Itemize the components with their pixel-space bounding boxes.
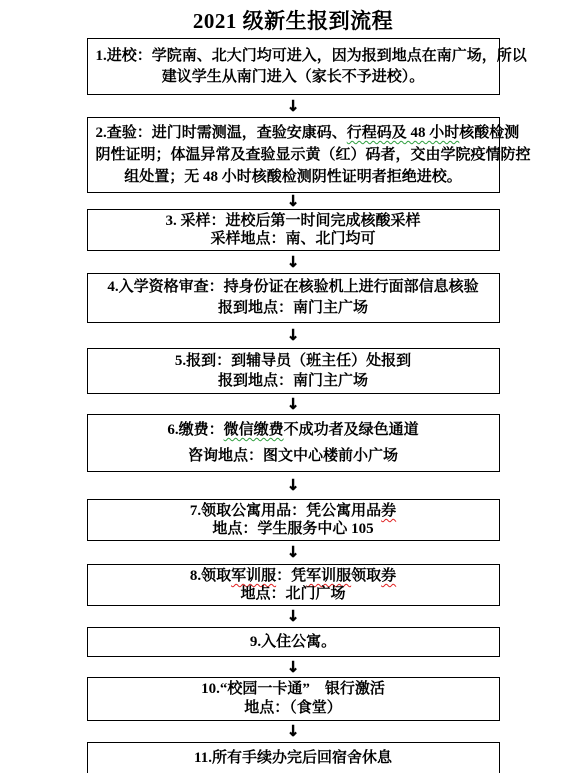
- flow-step-5: 5.报到：到辅导员（班主任）处报到报到地点：南门主广场: [87, 348, 500, 394]
- flow-step-2-line-2: 阴性证明；体温异常及查验显示黄（红）码者，交由学院疫情防控: [92, 144, 495, 166]
- text-segment: 2.查验：进门时需测温，查验安康码、: [96, 125, 347, 141]
- text-segment: 核酸检测: [459, 125, 519, 141]
- text-segment: 不成功者及绿色通道: [284, 422, 419, 438]
- flow-step-8-line-1: 8.领取军训服：凭军训服领取券: [92, 567, 495, 585]
- flow-step-2-line-3: 组处置；无 48 小时核酸检测阴性证明者拒绝进校。: [92, 166, 495, 188]
- spelling-underline: 军训服: [306, 568, 351, 584]
- page-title: 2021 级新生报到流程: [0, 0, 586, 38]
- flow-step-6-line-2: 咨询地点：图文中心楼前小广场: [92, 443, 495, 469]
- flow-step-5-line-2: 报到地点：南门主广场: [92, 371, 495, 391]
- spelling-underline: 军训服: [231, 568, 276, 584]
- down-arrow-icon: ↓: [87, 657, 500, 677]
- down-arrow-icon: ↓: [87, 394, 500, 414]
- text-segment: 9.入住公寓。: [250, 634, 336, 650]
- text-segment: 报到地点：南门主广场: [218, 300, 368, 316]
- text-segment: 采样地点：南、北门均可: [210, 231, 375, 247]
- down-arrow-icon: ↓: [87, 323, 500, 348]
- text-segment: 7.领取公寓用品：凭公寓用品: [190, 503, 381, 519]
- text-segment: 3. 采样：进校后第一时间完成核酸采样: [165, 213, 420, 229]
- text-segment: 报到地点：南门主广场: [218, 373, 368, 389]
- text-segment: 5.报到：到辅导员（班主任）处报到: [175, 353, 411, 369]
- flow-step-1: 1.进校：学院南、北大门均可进入，因为报到地点在南广场，所以建议学生从南门进入（…: [87, 38, 500, 95]
- text-segment: 6.缴费：: [167, 422, 223, 438]
- flow-step-2: 2.查验：进门时需测温，查验安康码、行程码及 48 小时核酸检测阴性证明；体温异…: [87, 117, 500, 193]
- text-segment: 8.领取: [190, 568, 231, 584]
- down-arrow-icon: ↓: [87, 721, 500, 742]
- down-arrow-icon: ↓: [87, 95, 500, 117]
- text-segment: 组处置；无 48 小时核酸检测阴性证明者拒绝进校。: [124, 169, 462, 185]
- flow-step-4: 4.入学资格审查：持身份证在核验机上进行面部信息核验报到地点：南门主广场: [87, 273, 500, 323]
- down-arrow-icon: ↓: [87, 193, 500, 209]
- text-segment: 地点：（食堂）: [244, 700, 342, 716]
- flow-step-8: 8.领取军训服：凭军训服领取券地点：北门广场: [87, 564, 500, 606]
- grammar-underline: 微信缴费: [224, 422, 284, 438]
- text-segment: 建议学生从南门进入（家长不予进校）。: [162, 69, 425, 85]
- down-arrow-icon: ↓: [87, 251, 500, 273]
- flow-step-9-line-1: 9.入住公寓。: [92, 632, 495, 652]
- text-segment: 4.入学资格审查：持身份证在核验机上进行面部信息核验: [107, 279, 478, 295]
- flowchart: 1.进校：学院南、北大门均可进入，因为报到地点在南广场，所以建议学生从南门进入（…: [87, 38, 500, 773]
- text-segment: 地点：学生服务中心 105: [212, 521, 373, 537]
- flow-step-1-line-2: 建议学生从南门进入（家长不予进校）。: [92, 67, 495, 88]
- grammar-underline: 行程码及 48 小时: [347, 125, 460, 141]
- flow-step-3: 3. 采样：进校后第一时间完成核酸采样采样地点：南、北门均可: [87, 209, 500, 251]
- flow-step-3-line-2: 采样地点：南、北门均可: [92, 230, 495, 248]
- flow-step-7: 7.领取公寓用品：凭公寓用品券地点：学生服务中心 105: [87, 499, 500, 541]
- flow-step-4-line-1: 4.入学资格审查：持身份证在核验机上进行面部信息核验: [92, 277, 495, 298]
- flow-step-6: 6.缴费：微信缴费不成功者及绿色通道咨询地点：图文中心楼前小广场: [87, 414, 500, 472]
- text-segment: 领取: [351, 568, 381, 584]
- flow-step-10-line-2: 地点：（食堂）: [92, 699, 495, 718]
- flow-step-11-line-1: 11.所有手续办完后回宿舍休息: [92, 748, 495, 768]
- spelling-underline: 券: [381, 503, 396, 519]
- flow-step-10-line-1: 10.“校园一卡通” 银行激活: [92, 680, 495, 699]
- flow-step-10: 10.“校园一卡通” 银行激活地点：（食堂）: [87, 677, 500, 721]
- flow-step-5-line-1: 5.报到：到辅导员（班主任）处报到: [92, 351, 495, 371]
- text-segment: 地点：北门广场: [240, 586, 345, 602]
- flow-step-11: 11.所有手续办完后回宿舍休息: [87, 742, 500, 773]
- document-page: 2021 级新生报到流程 1.进校：学院南、北大门均可进入，因为报到地点在南广场…: [0, 0, 586, 773]
- down-arrow-icon: ↓: [87, 472, 500, 499]
- flow-step-4-line-2: 报到地点：南门主广场: [92, 298, 495, 319]
- text-segment: 10.“校园一卡通” 银行激活: [201, 681, 385, 697]
- flow-step-3-line-1: 3. 采样：进校后第一时间完成核酸采样: [92, 212, 495, 230]
- text-segment: ：凭: [276, 568, 306, 584]
- flow-step-7-line-2: 地点：学生服务中心 105: [92, 520, 495, 538]
- text-segment: 11.所有手续办完后回宿舍休息: [194, 750, 392, 766]
- down-arrow-icon: ↓: [87, 606, 500, 627]
- flow-step-8-line-2: 地点：北门广场: [92, 585, 495, 603]
- spelling-underline: 券: [381, 568, 396, 584]
- flow-step-6-line-1: 6.缴费：微信缴费不成功者及绿色通道: [92, 417, 495, 443]
- text-segment: 阴性证明；体温异常及查验显示黄（红）码者，交由学院疫情防控: [96, 147, 531, 163]
- text-segment: 咨询地点：图文中心楼前小广场: [188, 448, 398, 464]
- down-arrow-icon: ↓: [87, 541, 500, 564]
- flow-step-2-line-1: 2.查验：进门时需测温，查验安康码、行程码及 48 小时核酸检测: [92, 122, 495, 144]
- flow-step-1-line-1: 1.进校：学院南、北大门均可进入，因为报到地点在南广场，所以: [92, 46, 495, 67]
- flow-step-9: 9.入住公寓。: [87, 627, 500, 657]
- text-segment: 1.进校：学院南、北大门均可进入，因为报到地点在南广场，所以: [96, 48, 527, 64]
- flow-step-7-line-1: 7.领取公寓用品：凭公寓用品券: [92, 502, 495, 520]
